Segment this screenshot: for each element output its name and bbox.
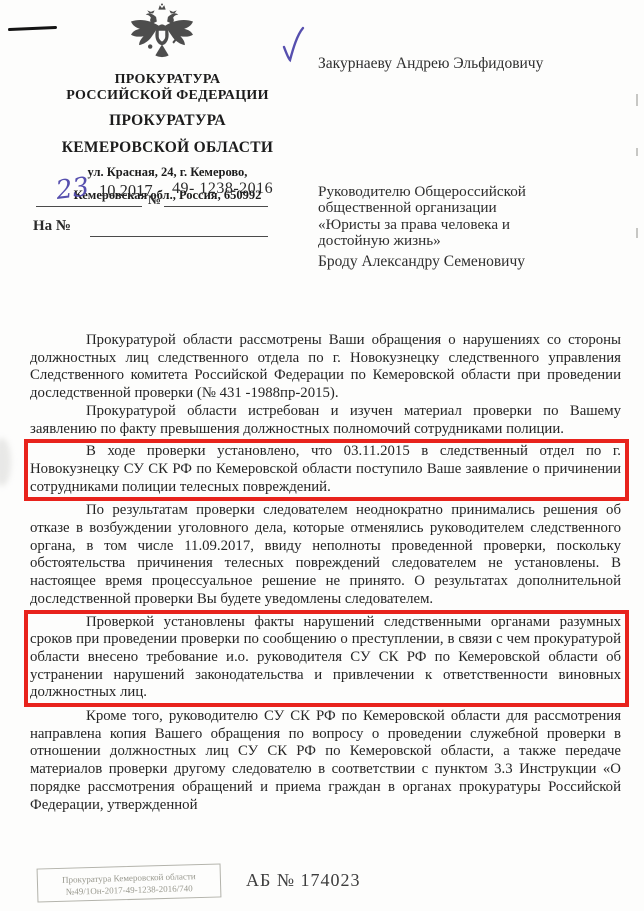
recipient-org-line: общественной организации (318, 200, 568, 216)
scanned-letter-page: { "letterhead": { "org_line1": "ПРОКУРАТ… (0, 0, 644, 911)
registration-stamp: Прокуратура Кемеровской области №49/1Он-… (37, 863, 222, 902)
handwritten-date-day: 23 (54, 172, 91, 206)
reply-to-underline (90, 236, 268, 237)
document-number: 49- 1238-2016 (172, 180, 273, 198)
org-name-line: КЕМЕРОВСКОЙ ОБЛАСТИ (35, 140, 300, 157)
body-paragraph: Кроме того, руководителю СУ СК РФ по Кем… (30, 708, 621, 814)
printed-date: 10.2017 (99, 181, 153, 201)
number-sign: № (148, 192, 161, 208)
highlighted-paragraph: Проверкой установлены факты нарушений сл… (24, 610, 629, 708)
letterhead-blank-number: АБ № 174023 (246, 870, 361, 891)
highlighted-paragraph: В ходе проверки установлено, что 03.11.2… (24, 439, 629, 501)
scan-smudge (0, 438, 11, 486)
coat-of-arms-russia-icon (125, 3, 199, 65)
recipient-org-line: «Юристы за права человека и (318, 217, 568, 233)
addressee-name-top: Закурнаеву Андрею Эльфидовичу (318, 55, 578, 73)
body-paragraph: Прокуратурой области рассмотрены Ваши об… (30, 332, 621, 403)
recipient-org-line: достойную жизнь» (318, 233, 568, 249)
number-underline (164, 206, 268, 207)
body-paragraph: По результатам проверки следователем нео… (30, 502, 621, 608)
scan-edge-mark (636, 148, 638, 156)
addressee-name-bottom: Броду Александру Семеновичу (318, 253, 578, 271)
scan-edge-mark (636, 94, 638, 106)
org-name-line: ПРОКУРАТУРА (35, 72, 300, 88)
reply-to-label: На № (33, 218, 71, 235)
letter-body: Прокуратурой области рассмотрены Ваши об… (30, 332, 621, 814)
body-paragraph: Прокуратурой области истребован и изучен… (30, 403, 621, 438)
org-name-line: РОССИЙСКОЙ ФЕДЕРАЦИИ (35, 88, 300, 104)
date-underline (36, 206, 142, 207)
handwritten-checkmark (280, 24, 308, 66)
recipient-organization: Руководителю Общероссийской общественной… (318, 184, 568, 249)
scan-edge-mark (636, 228, 638, 238)
pen-mark-top-left (8, 26, 57, 31)
recipient-org-line: Руководителю Общероссийской (318, 184, 568, 200)
org-name-line: ПРОКУРАТУРА (35, 113, 300, 130)
